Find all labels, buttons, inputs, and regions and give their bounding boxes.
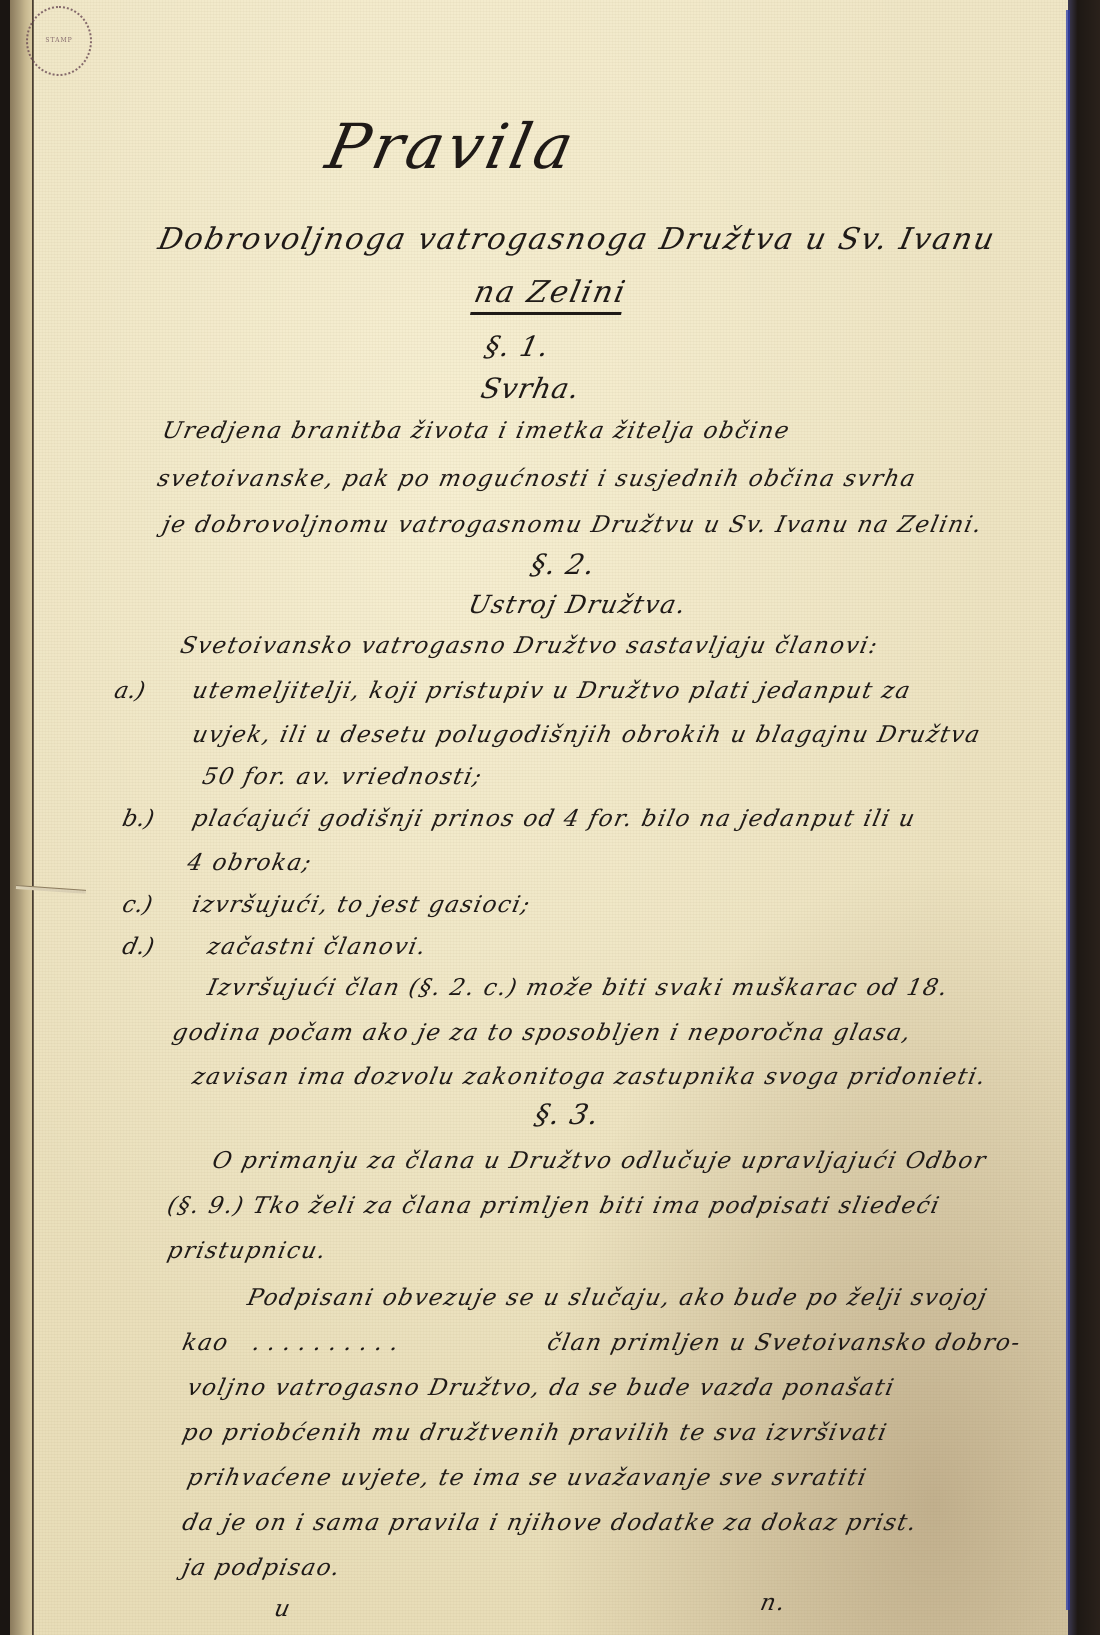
declaration-line: po priobćenih mu družtvenih pravilih te …: [180, 1420, 890, 1446]
item-label-a: a.): [112, 678, 148, 704]
document-title: Pravila: [320, 110, 583, 183]
binding-strip: [10, 0, 33, 1635]
section-1-number: §. 1.: [482, 330, 553, 363]
section-1-heading: Svrha.: [478, 372, 583, 405]
item-b-line: plaćajući godišnji prinos od 4 for. bilo…: [190, 806, 918, 832]
margin-line: [32, 0, 34, 1635]
item-a-line: 50 for. av. vriednosti;: [200, 764, 485, 790]
item-d-line: začastni članovi.: [205, 934, 429, 960]
declaration-blank-field: ..........: [250, 1330, 409, 1356]
item-label-b: b.): [120, 806, 157, 832]
document-page: STAMP Pravila Dobrovoljnoga vatrogasnoga…: [0, 0, 1100, 1635]
declaration-line: Podpisani obvezuje se u slučaju, ako bud…: [245, 1285, 990, 1311]
page-right-edge: [1068, 0, 1100, 1635]
item-c-line: izvršujući, to jest gasioci;: [190, 892, 533, 918]
page-edge-highlight: [1066, 10, 1070, 1610]
item-a-line: uvjek, ili u desetu polugodišnjih obroki…: [190, 722, 983, 748]
declaration-line: voljno vatrogasno Družtvo, da se bude va…: [185, 1375, 897, 1401]
item-label-c: c.): [120, 892, 155, 918]
archive-stamp-icon: STAMP: [26, 6, 92, 76]
section-2-paragraph-line: Izvršujući član (§. 2. c.) može biti sva…: [205, 975, 951, 1001]
section-2-heading: Ustroj Družtva.: [466, 590, 690, 619]
declaration-line: prihvaćene uvjete, te ima se uvažavanje …: [185, 1465, 870, 1491]
section-2-paragraph-line: zavisan ima dozvolu zakonitoga zastupnik…: [190, 1064, 989, 1090]
section-3-number: §. 3.: [532, 1098, 603, 1131]
section-2-paragraph-line: godina počam ako je za to sposobljen i n…: [170, 1020, 914, 1046]
signature-marker-name: n.: [758, 1590, 789, 1616]
document-subtitle: Dobrovoljnoga vatrogasnoga Družtva u Sv.…: [155, 222, 999, 257]
item-b-line: 4 obroka;: [185, 850, 315, 876]
declaration-line: da je on i sama pravila i njihove dodatk…: [180, 1510, 920, 1536]
declaration-line-start: kao: [180, 1330, 232, 1356]
section-2-intro: Svetoivansko vatrogasno Družtvo sastavlj…: [178, 633, 881, 659]
section-3-paragraph-line: (§. 9.) Tko želi za člana primljen biti …: [165, 1193, 943, 1219]
item-a-line: utemeljitelji, koji pristupiv u Družtvo …: [190, 678, 914, 704]
section-2-number: §. 2.: [528, 548, 599, 581]
signature-marker-place: u: [272, 1596, 294, 1622]
item-label-d: d.): [120, 934, 157, 960]
declaration-line: ja podpisao.: [180, 1555, 343, 1581]
section-1-line: svetoivanske, pak po mogućnosti i susjed…: [155, 466, 919, 492]
declaration-line-end: član primljen u Svetoivansko dobro-: [545, 1330, 1023, 1356]
section-1-line: Uredjena branitba života i imetka žitelj…: [160, 418, 793, 444]
section-3-paragraph-line: pristupnicu.: [165, 1238, 329, 1264]
section-1-line: je dobrovoljnomu vatrogasnomu Družtvu u …: [160, 512, 985, 538]
section-3-paragraph-line: O primanju za člana u Družtvo odlučuje u…: [210, 1148, 989, 1174]
document-subtitle-location: na Zelini: [470, 275, 630, 315]
book-binding: [0, 0, 10, 1635]
stamp-text: STAMP: [45, 37, 72, 45]
